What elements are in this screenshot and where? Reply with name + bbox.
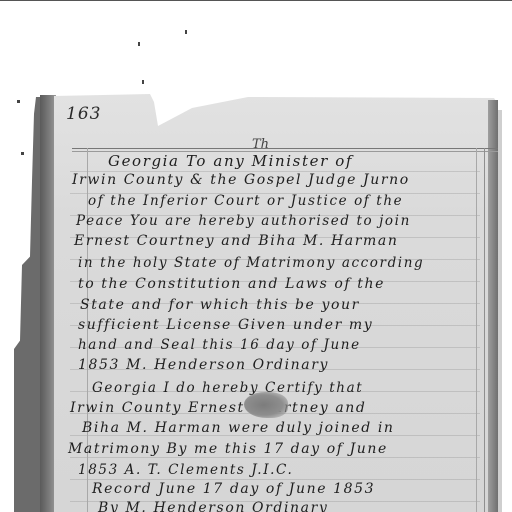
scan-speck (17, 100, 20, 103)
entry-line: sufficient License Given under my (78, 317, 373, 333)
scan-speck (138, 42, 140, 46)
entry-line: 1853 M. Henderson Ordinary (78, 357, 329, 373)
entry-line: Ernest Courtney and Biha M. Harman (74, 233, 399, 249)
right-margin-rule (476, 148, 477, 512)
page-edge (498, 110, 502, 512)
entry-line: Irwin County & the Gospel Judge Jurno (72, 172, 410, 188)
scan-speck (21, 152, 24, 155)
entry-line: of the Inferior Court or Justice of the (88, 193, 403, 209)
right-margin-rule-outer (484, 148, 485, 512)
entry-line: Record June 17 day of June 1853 (92, 481, 375, 497)
entry-line: By M. Henderson Ordinary (98, 500, 328, 512)
entry-line: Peace You are hereby authorised to join (76, 213, 411, 229)
scan-speck (185, 30, 187, 34)
entry-line: hand and Seal this 16 day of June (78, 337, 361, 353)
ink-smudge (244, 392, 288, 418)
entry-line: in the holy State of Matrimony according (78, 255, 424, 271)
entry-line: Irwin County Ernest Courtney and (70, 400, 366, 416)
scan-top-border (0, 0, 512, 1)
header-rule (72, 148, 498, 149)
entry-line: Matrimony By me this 17 day of June (68, 441, 388, 457)
book-spine-edge (40, 95, 56, 512)
page-number: 163 (66, 104, 101, 124)
scan-speck (142, 80, 144, 84)
entry-line: to the Constitution and Laws of the (78, 276, 385, 292)
entry-line: 1853 A. T. Clements J.I.C. (78, 462, 293, 478)
page-gutter-shadow (488, 100, 498, 512)
entry-line: Biha M. Harman were duly joined in (82, 420, 395, 436)
entry-line: State and for which this be your (80, 297, 360, 313)
page-marker: Th (252, 137, 269, 152)
entry-line: Georgia To any Minister of (108, 152, 353, 170)
entry-line: Georgia I do hereby Certify that (92, 380, 363, 396)
